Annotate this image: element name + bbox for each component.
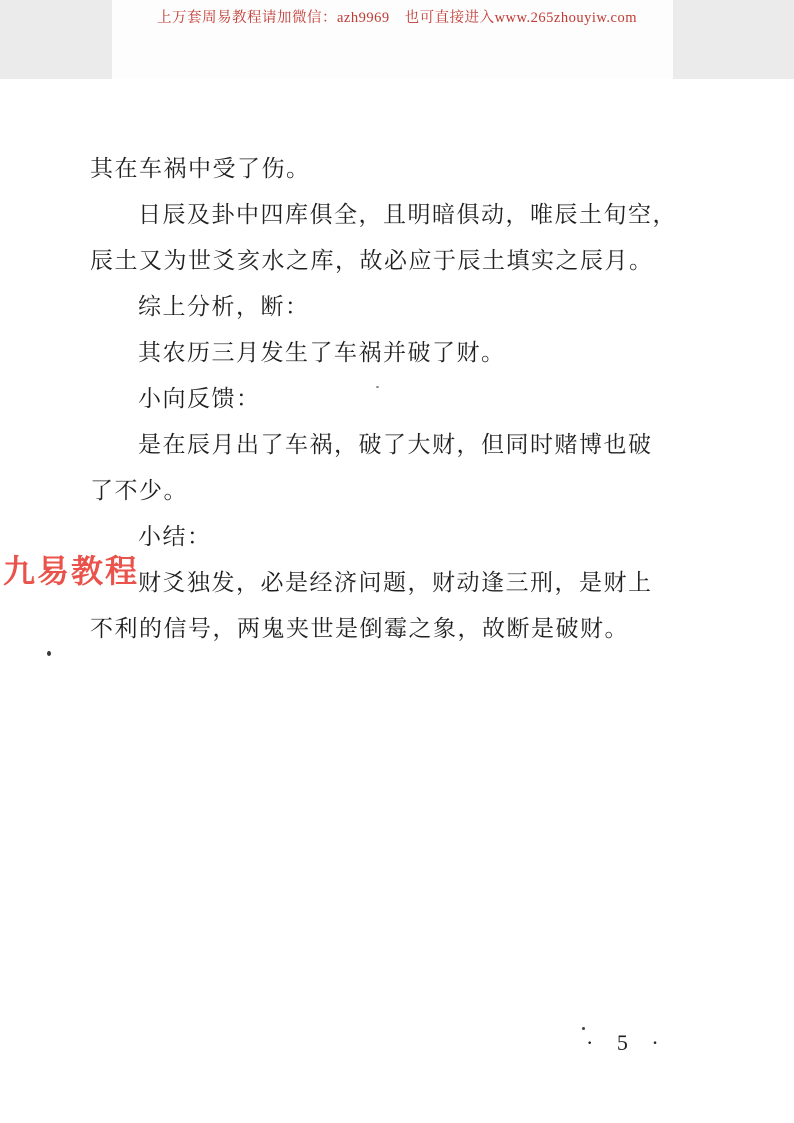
body-line: 小结： bbox=[138, 514, 690, 560]
ad-banner-text: 上万套周易教程请加微信：azh9969 也可直接进入www.265zhouyiw… bbox=[0, 6, 794, 27]
body-line: 其在车祸中受了伤。 bbox=[90, 146, 690, 192]
ad-banner-band: 上万套周易教程请加微信：azh9969 也可直接进入www.265zhouyiw… bbox=[0, 0, 794, 79]
ink-speck bbox=[582, 1027, 585, 1030]
scanned-book-page: 上万套周易教程请加微信：azh9969 也可直接进入www.265zhouyiw… bbox=[0, 0, 794, 1123]
body-line: 财爻独发，必是经济问题，财动逢三刑，是财上 bbox=[138, 560, 690, 606]
body-line: 小向反馈： bbox=[138, 376, 690, 422]
body-line: 综上分析，断： bbox=[138, 284, 690, 330]
page-number: · 5 · bbox=[586, 1030, 666, 1056]
body-line: 其农历三月发生了车祸并破了财。 bbox=[138, 330, 690, 376]
body-line: 日辰及卦中四库俱全，且明暗俱动，唯辰土旬空， bbox=[138, 192, 690, 238]
body-line: 辰土又为世爻亥水之库，故必应于辰土填实之辰月。 bbox=[90, 238, 690, 284]
ink-speck bbox=[47, 651, 51, 656]
body-line: 了不少。 bbox=[90, 468, 690, 514]
body-line: 不利的信号，两鬼夹世是倒霉之象，故断是破财。 bbox=[90, 606, 690, 652]
body-line: 是在辰月出了车祸，破了大财，但同时赌博也破 bbox=[138, 422, 690, 468]
ink-speck bbox=[376, 386, 379, 388]
body-text-block: 其在车祸中受了伤。 日辰及卦中四库俱全，且明暗俱动，唯辰土旬空， 辰土又为世爻亥… bbox=[90, 146, 690, 652]
